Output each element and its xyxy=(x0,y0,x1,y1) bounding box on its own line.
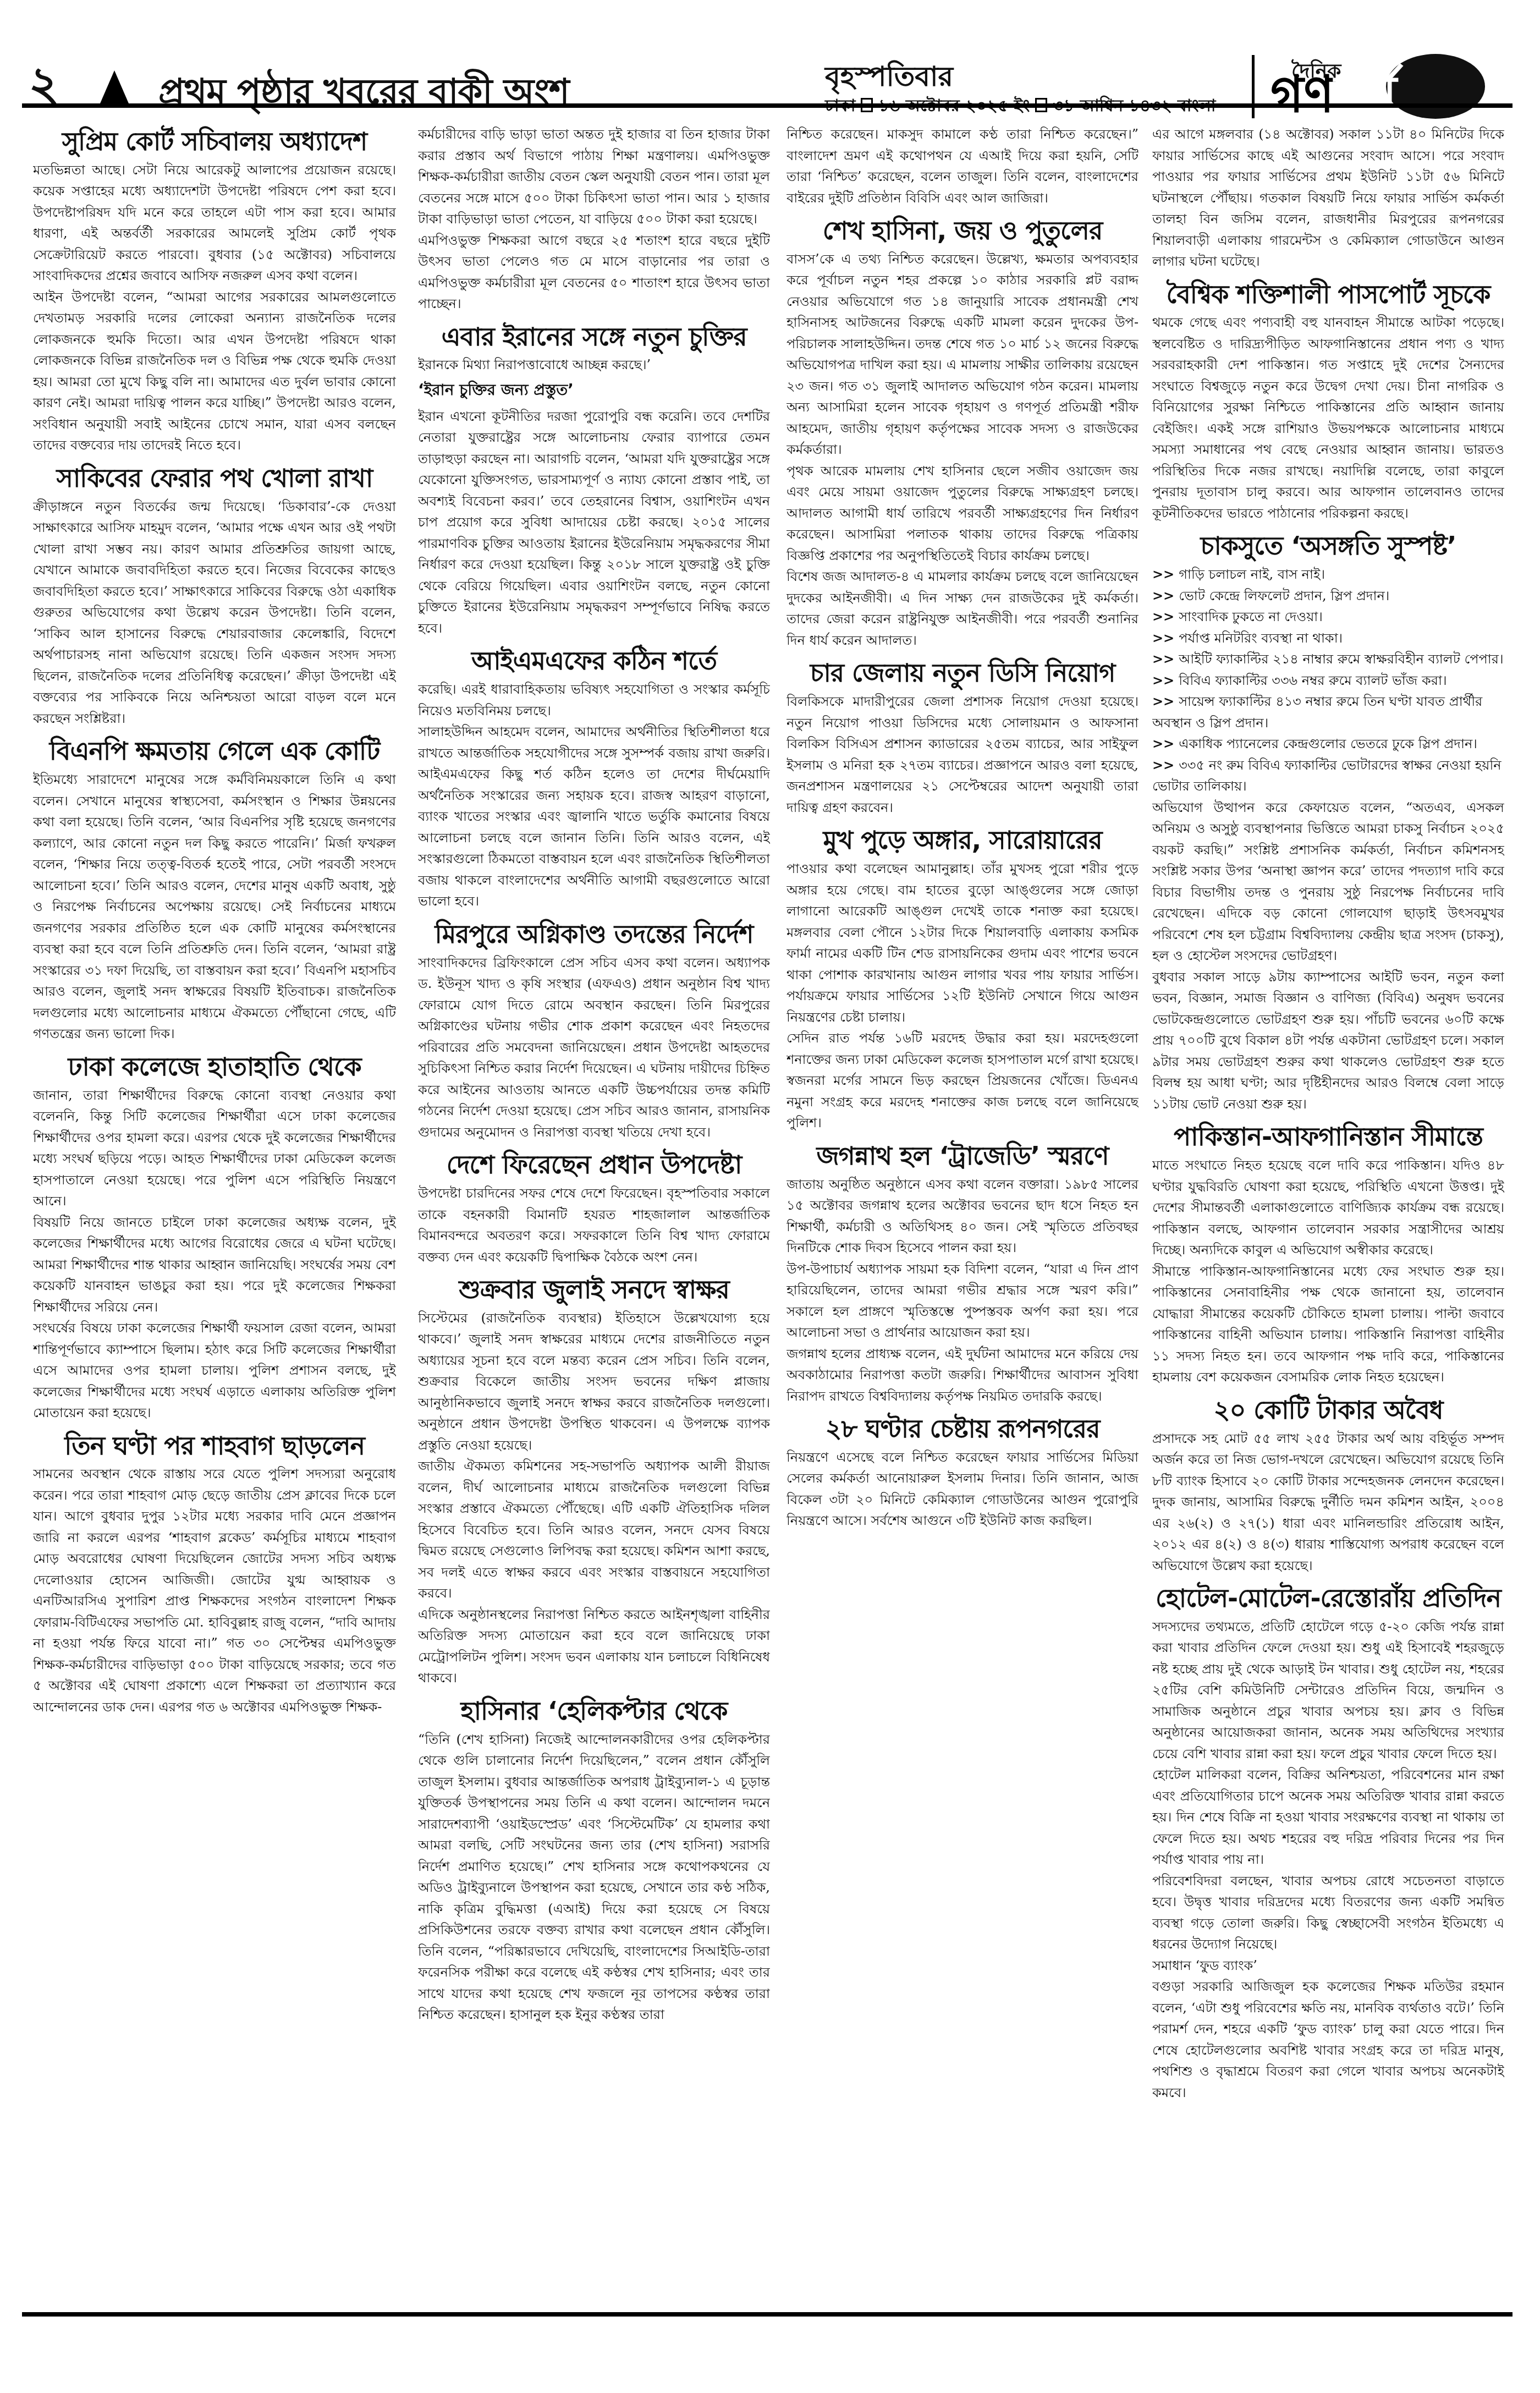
story-body: জানান, তারা শিক্ষার্থীদের বিরুদ্ধে কোনো … xyxy=(33,1085,396,1424)
news-story: শেখ হাসিনা, জয় ও পুতুলেরবাসস’কে এ তথ্য … xyxy=(787,216,1138,651)
news-story: তিন ঘণ্টা পর শাহবাগ ছাড়লেনসামনের অবস্থা… xyxy=(33,1431,396,1718)
logo-main-text: গণসূর্য xyxy=(1270,69,1397,120)
sun-disc-icon xyxy=(1386,54,1485,119)
story-headline: ঢাকা কলেজে হাতাহাতি থেকে xyxy=(33,1052,396,1082)
story-body: সদস্যদের তথ্যমতে, প্রতিটি হোটেলে গড়ে ৫-… xyxy=(1152,1616,1504,2104)
column-2: কর্মচারীদের বাড়ি ভাড়া ভাতা অন্তত দুই হ… xyxy=(418,124,770,2305)
story-body: ইরানকে মিথ্যা নিরাপত্তাবোধে আচ্ছন্ন করছে… xyxy=(418,354,770,639)
paragraph: সংঘর্ষের বিষয়ে ঢাকা কলেজের শিক্ষার্থী ফ… xyxy=(33,1318,396,1424)
news-story: বিএনপি ক্ষমতায় গেলে এক কোটিইতিমধ্যে সার… xyxy=(33,737,396,1044)
news-story: কর্মচারীদের বাড়ি ভাড়া ভাতা অন্তত দুই হ… xyxy=(418,124,770,315)
paragraph: পরিবেশবিদরা বলছেন, খাবার অপচয় রোধে সচেত… xyxy=(1152,1870,1504,1955)
masthead-divider xyxy=(1252,55,1255,118)
paragraph: থমকে গেছে এবং পণ্যবাহী বহু যানবাহন সীমান… xyxy=(1152,312,1504,524)
story-body: বাসস’কে এ তথ্য নিশ্চিত করেছেন। উল্লেখ্য,… xyxy=(787,249,1138,651)
column-4: এর আগে মঙ্গলবার (১৪ অক্টোবর) সকাল ১১টা ৪… xyxy=(1152,124,1504,2305)
story-body: পাওয়ার কথা বলেছেন আমানুল্লাহ। তাঁর মুখস… xyxy=(787,858,1138,1134)
double-chevron-icon: >> xyxy=(1152,588,1174,603)
story-headline: পাকিস্তান-আফগানিস্তান সীমান্তে xyxy=(1152,1122,1504,1151)
story-headline: এবার ইরানের সঙ্গে নতুন চুক্তির xyxy=(418,322,770,352)
news-story: জগন্নাথ হল ‘ট্রাজেডি’ স্মরণেজাতায় অনুষ্… xyxy=(787,1141,1138,1407)
story-body: >>গাড়ি চলাচল নাই, বাস নাই।>>ভোট কেন্দ্র… xyxy=(1152,564,1504,1115)
paragraph: সীমান্তে পাকিস্তান-আফগানিস্তানের মধ্যে ফ… xyxy=(1152,1261,1504,1388)
story-headline: বিএনপি ক্ষমতায় গেলে এক কোটি xyxy=(33,737,396,766)
double-chevron-icon: >> xyxy=(1152,757,1174,773)
paragraph: জানান, তারা শিক্ষার্থীদের বিরুদ্ধে কোনো … xyxy=(33,1085,396,1212)
story-subhead: ‘ইরান চুক্তির জন্য প্রস্তুত’ xyxy=(418,378,770,404)
story-headline: মিরপুরে অগ্নিকাণ্ড তদন্তের নির্দেশ xyxy=(418,920,770,949)
story-body: এর আগে মঙ্গলবার (১৪ অক্টোবর) সকাল ১১টা ৪… xyxy=(1152,124,1504,272)
page-number: ২ xyxy=(29,61,59,108)
paragraph: ইরানকে মিথ্যা নিরাপত্তাবোধে আচ্ছন্ন করছে… xyxy=(418,354,770,376)
double-chevron-icon: >> xyxy=(1152,630,1174,646)
paragraph: এমপিওভুক্ত শিক্ষকরা আগে বছরে ২৫ শতাংশ হা… xyxy=(418,230,770,315)
story-body: সিস্টেমের (রাজনৈতিক ব্যবস্থার) ইতিহাসে উ… xyxy=(418,1308,770,1689)
story-body: কর্মচারীদের বাড়ি ভাড়া ভাতা অন্তত দুই হ… xyxy=(418,124,770,315)
double-chevron-icon: >> xyxy=(1152,651,1174,667)
paragraph: কর্মচারীদের বাড়ি ভাড়া ভাতা অন্তত দুই হ… xyxy=(418,124,770,230)
list-item-text: আইটি ফ্যাকাল্টির ২১৪ নাম্বার রুমে স্বাক্… xyxy=(1179,651,1503,667)
bottom-rule xyxy=(22,2312,1513,2317)
column-1: সুপ্রিম কোর্ট সচিবালয় অধ্যাদেশমতভিন্নতা… xyxy=(33,124,396,2305)
news-story: এর আগে মঙ্গলবার (১৪ অক্টোবর) সকাল ১১টা ৪… xyxy=(1152,124,1504,272)
list-item-text: ভোট কেন্দ্রে লিফলেট প্রদান, স্লিপ প্রদান… xyxy=(1179,588,1389,603)
double-chevron-icon: >> xyxy=(1152,608,1174,624)
story-headline: সুপ্রিম কোর্ট সচিবালয় অধ্যাদেশ xyxy=(33,127,396,156)
paragraph: সদস্যদের তথ্যমতে, প্রতিটি হোটেলে গড়ে ৫-… xyxy=(1152,1616,1504,1765)
list-item: >>৩৩৫ নং রুম বিবিএ ফ্যাকাল্টির ভোটারদের … xyxy=(1152,755,1504,797)
news-story: আইএমএফের কঠিন শর্তেকরেছি। এরই ধারাবাহিকত… xyxy=(418,646,770,912)
paragraph: এর আগে মঙ্গলবার (১৪ অক্টোবর) সকাল ১১টা ৪… xyxy=(1152,124,1504,272)
paragraph: পৃথক আরেক মামলায় শেখ হাসিনার ছেলে সজীব … xyxy=(787,460,1138,567)
list-item: >>সাংবাদিক ঢুকতে না দেওয়া। xyxy=(1152,606,1504,628)
newspaper-logo: দৈনিক গণসূর্য xyxy=(1265,54,1496,120)
paragraph: উপ-উপাচার্য অধ্যাপক সায়মা হক বিদিশা বলে… xyxy=(787,1259,1138,1343)
list-item-text: পর্যাপ্ত মনিটরিং ব্যবস্থা না থাকা। xyxy=(1179,630,1343,646)
paragraph: ক্রীড়াঙ্গনে নতুন বিতর্কের জন্ম দিয়েছে।… xyxy=(33,496,396,729)
story-body: মতভিন্নতা আছে। সেটা নিয়ে আরেকটু আলাপের … xyxy=(33,160,396,456)
list-item-text: সাংবাদিক ঢুকতে না দেওয়া। xyxy=(1179,609,1323,624)
paragraph: বিষয়টি নিয়ে জানতে চাইলে ঢাকা কলেজের অধ… xyxy=(33,1212,396,1318)
paragraph: মাতে সংঘাতে নিহত হয়েছে বলে দাবি করে পাক… xyxy=(1152,1155,1504,1261)
paragraph: হোটেল মালিকরা বলেন, বিক্রির অনিশ্চয়তা, … xyxy=(1152,1764,1504,1870)
story-body: নিশ্চিত করেছেন। মাকসুদ কামালে কণ্ঠ তারা … xyxy=(787,124,1138,208)
list-item: >>আইটি ফ্যাকাল্টির ২১৪ নাম্বার রুমে স্বা… xyxy=(1152,649,1504,670)
paragraph: বাসস’কে এ তথ্য নিশ্চিত করেছেন। উল্লেখ্য,… xyxy=(787,249,1138,460)
story-headline: সাকিবের ফেরার পথ খোলা রাখা xyxy=(33,464,396,493)
story-body: সাংবাদিকদের ব্রিফিংকালে প্রেস সচিব এসব ক… xyxy=(418,952,770,1143)
paragraph: “তিনি (শেখ হাসিনা) নিজেই আন্দোলনকারীদের … xyxy=(418,1729,770,2026)
story-body: করেছি। এরই ধারাবাহিকতায় ভবিষ্যৎ সহযোগিত… xyxy=(418,679,770,912)
news-story: ২০ কোটি টাকার অবৈধপ্রসাদকে সহ মোট ৫৫ লাখ… xyxy=(1152,1396,1504,1576)
paragraph: উপদেষ্টা চারদিনের সফর শেষে দেশে ফিরেছেন।… xyxy=(418,1183,770,1267)
news-story: চাকসুতে ‘অসঙ্গতি সুস্পষ্ট’>>গাড়ি চলাচল … xyxy=(1152,531,1504,1115)
list-item-text: গাড়ি চলাচল নাই, বাস নাই। xyxy=(1179,567,1325,582)
story-headline: জগন্নাথ হল ‘ট্রাজেডি’ স্মরণে xyxy=(787,1141,1138,1171)
bullet-list: >>গাড়ি চলাচল নাই, বাস নাই।>>ভোট কেন্দ্র… xyxy=(1152,564,1504,797)
double-chevron-icon: >> xyxy=(1152,736,1174,751)
story-headline: বৈশ্বিক শক্তিশালী পাসপোর্ট সূচকে xyxy=(1152,280,1504,309)
column-3: নিশ্চিত করেছেন। মাকসুদ কামালে কণ্ঠ তারা … xyxy=(787,124,1138,2305)
section-title: প্রথম পৃষ্ঠার খবরের বাকী অংশ xyxy=(158,65,569,124)
paragraph: সিস্টেমের (রাজনৈতিক ব্যবস্থার) ইতিহাসে উ… xyxy=(418,1308,770,1456)
story-headline: শুক্রবার জুলাই সনদে স্বাক্ষর xyxy=(418,1275,770,1304)
paragraph: সেদিন রাত পর্যন্ত ১৬টি মরদেহ উদ্ধার করা … xyxy=(787,1028,1138,1134)
story-headline: হোটেল-মোটেল-রেস্তোরাঁয় প্রতিদিন xyxy=(1152,1584,1504,1613)
news-story: পাকিস্তান-আফগানিস্তান সীমান্তেমাতে সংঘাত… xyxy=(1152,1122,1504,1387)
list-item-text: ৩৩৫ নং রুম বিবিএ ফ্যাকাল্টির ভোটারদের স্… xyxy=(1152,758,1502,794)
news-story: দেশে ফিরেছেন প্রধান উপদেষ্টাউপদেষ্টা চার… xyxy=(418,1150,770,1267)
list-item: >>সায়েন্স ফ্যাকাল্টির ৪১৩ নম্বার রুমে ত… xyxy=(1152,691,1504,733)
paragraph: সামনের অবস্থান থেকে রাস্তায় সরে যেতে পু… xyxy=(33,1463,396,1717)
story-body: বিলকিসকে মাদারীপুরের জেলা প্রশাসক নিয়োগ… xyxy=(787,691,1138,818)
news-story: বৈশ্বিক শক্তিশালী পাসপোর্ট সূচকেথমকে গেছ… xyxy=(1152,280,1504,524)
news-story: হাসিনার ‘হেলিকপ্টার থেকে“তিনি (শেখ হাসিন… xyxy=(418,1697,770,2026)
story-body: ক্রীড়াঙ্গনে নতুন বিতর্কের জন্ম দিয়েছে।… xyxy=(33,496,396,729)
news-story: মুখ পুড়ে অঙ্গার, সারোয়ারেরপাওয়ার কথা … xyxy=(787,826,1138,1133)
list-item: >>বিবিএ ফ্যাকাল্টির ৩৩৬ নম্বর রুমে ব্যাল… xyxy=(1152,670,1504,691)
list-item-text: বিবিএ ফ্যাকাল্টির ৩৩৬ নম্বর রুমে ব্যালট … xyxy=(1179,673,1447,688)
story-headline: দেশে ফিরেছেন প্রধান উপদেষ্টা xyxy=(418,1150,770,1179)
story-headline: শেখ হাসিনা, জয় ও পুতুলের xyxy=(787,216,1138,245)
news-story: মিরপুরে অগ্নিকাণ্ড তদন্তের নির্দেশসাংবাদ… xyxy=(418,920,770,1143)
paragraph: সাংবাদিকদের ব্রিফিংকালে প্রেস সচিব এসব ক… xyxy=(418,952,770,1143)
story-headline: তিন ঘণ্টা পর শাহবাগ ছাড়লেন xyxy=(33,1431,396,1461)
paragraph: জাতীয় ঐকমত্য কমিশনের সহ-সভাপতি অধ্যাপক … xyxy=(418,1456,770,1604)
story-body: উপদেষ্টা চারদিনের সফর শেষে দেশে ফিরেছেন।… xyxy=(418,1183,770,1267)
list-item-text: সায়েন্স ফ্যাকাল্টির ৪১৩ নম্বার রুমে তিন… xyxy=(1152,694,1482,731)
list-item: >>গাড়ি চলাচল নাই, বাস নাই। xyxy=(1152,564,1504,585)
news-story: ঢাকা কলেজে হাতাহাতি থেকেজানান, তারা শিক্… xyxy=(33,1052,396,1424)
paragraph: বিশেষ জজ আদালত-৪ এ মামলার কার্যক্রম চলছে… xyxy=(787,566,1138,651)
news-story: ২৮ ঘণ্টার চেষ্টায় রূপনগরেরনিয়ন্ত্রণে এ… xyxy=(787,1414,1138,1532)
story-headline: হাসিনার ‘হেলিকপ্টার থেকে xyxy=(418,1697,770,1726)
news-story: সুপ্রিম কোর্ট সচিবালয় অধ্যাদেশমতভিন্নতা… xyxy=(33,127,396,456)
paragraph: বগুড়া সরকারি আজিজুল হক কলেজের শিক্ষক মত… xyxy=(1152,1976,1504,2103)
story-headline: চার জেলায় নতুন ডিসি নিয়োগ xyxy=(787,658,1138,688)
news-story: হোটেল-মোটেল-রেস্তোরাঁয় প্রতিদিনসদস্যদের… xyxy=(1152,1584,1504,2103)
paragraph: বুধবার সকাল সাড়ে ৯টায় ক্যাম্পাসের আইটি… xyxy=(1152,967,1504,1115)
story-headline: চাকসুতে ‘অসঙ্গতি সুস্পষ্ট’ xyxy=(1152,531,1504,561)
top-rule xyxy=(22,103,1513,108)
story-body: “তিনি (শেখ হাসিনা) নিজেই আন্দোলনকারীদের … xyxy=(418,1729,770,2026)
story-body: নিয়ন্ত্রণে এসেছে বলে নিশ্চিত করেছেন ফায… xyxy=(787,1447,1138,1532)
story-body: মাতে সংঘাতে নিহত হয়েছে বলে দাবি করে পাক… xyxy=(1152,1155,1504,1388)
story-headline: মুখ পুড়ে অঙ্গার, সারোয়ারের xyxy=(787,826,1138,855)
double-chevron-icon: >> xyxy=(1152,566,1174,582)
list-item: >>পর্যাপ্ত মনিটরিং ব্যবস্থা না থাকা। xyxy=(1152,628,1504,649)
paragraph: নিশ্চিত করেছেন। মাকসুদ কামালে কণ্ঠ তারা … xyxy=(787,124,1138,208)
story-body: প্রসাদকে সহ মোট ৫৫ লাখ ২৫৫ টাকার অর্থ আয… xyxy=(1152,1428,1504,1577)
paragraph: করেছি। এরই ধারাবাহিকতায় ভবিষ্যৎ সহযোগিত… xyxy=(418,679,770,721)
story-body: জাতায় অনুষ্ঠিত অনুষ্ঠানে এসব কথা বলেন ব… xyxy=(787,1174,1138,1407)
story-headline: ২৮ ঘণ্টার চেষ্টায় রূপনগরের xyxy=(787,1414,1138,1444)
story-body: সামনের অবস্থান থেকে রাস্তায় সরে যেতে পু… xyxy=(33,1463,396,1717)
story-headline: আইএমএফের কঠিন শর্তে xyxy=(418,646,770,676)
paragraph: আইন উপদেষ্টা বলেন, “আমরা আগের সরকারের আম… xyxy=(33,287,396,456)
paragraph: এদিকে অনুষ্ঠানস্থলের নিরাপত্তা নিশ্চিত ক… xyxy=(418,1604,770,1689)
story-body: থমকে গেছে এবং পণ্যবাহী বহু যানবাহন সীমান… xyxy=(1152,312,1504,524)
story-headline: ২০ কোটি টাকার অবৈধ xyxy=(1152,1396,1504,1425)
list-item: >>ভোট কেন্দ্রে লিফলেট প্রদান, স্লিপ প্রদ… xyxy=(1152,585,1504,607)
paragraph: জাতায় অনুষ্ঠিত অনুষ্ঠানে এসব কথা বলেন ব… xyxy=(787,1174,1138,1259)
news-story: সাকিবের ফেরার পথ খোলা রাখাক্রীড়াঙ্গনে ন… xyxy=(33,464,396,729)
double-chevron-icon: >> xyxy=(1152,672,1174,688)
news-story: শুক্রবার জুলাই সনদে স্বাক্ষরসিস্টেমের (র… xyxy=(418,1275,770,1689)
double-chevron-icon: >> xyxy=(1152,693,1174,709)
paragraph: সালাহউদ্দিন আহমেদ বলেন, আমাদের অর্থনীতির… xyxy=(418,721,770,912)
paragraph: নিয়ন্ত্রণে এসেছে বলে নিশ্চিত করেছেন ফায… xyxy=(787,1447,1138,1532)
list-item-text: একাধিক প্যানেলের কেন্দ্রগুলোর ভেতরে ঢুকে… xyxy=(1179,736,1477,751)
paragraph: অভিযোগ উত্থাপন করে কেফায়েত বলেন, “অতএব,… xyxy=(1152,797,1504,967)
news-story: চার জেলায় নতুন ডিসি নিয়োগবিলকিসকে মাদা… xyxy=(787,658,1138,818)
news-story: এবার ইরানের সঙ্গে নতুন চুক্তিরইরানকে মিথ… xyxy=(418,322,770,639)
paragraph: প্রসাদকে সহ মোট ৫৫ লাখ ২৫৫ টাকার অর্থ আয… xyxy=(1152,1428,1504,1577)
news-story: নিশ্চিত করেছেন। মাকসুদ কামালে কণ্ঠ তারা … xyxy=(787,124,1138,208)
paragraph: ইরান এখনো কূটনীতির দরজা পুরোপুরি বন্ধ কর… xyxy=(418,406,770,639)
paragraph: ইতিমধ্যে সারাদেশে মানুষের সঙ্গে কর্মবিনি… xyxy=(33,769,396,1045)
paragraph: সমাধান ‘ফুড ব্যাংক’ xyxy=(1152,1955,1504,1977)
story-body: ইতিমধ্যে সারাদেশে মানুষের সঙ্গে কর্মবিনি… xyxy=(33,769,396,1045)
paragraph: পাওয়ার কথা বলেছেন আমানুল্লাহ। তাঁর মুখস… xyxy=(787,858,1138,1028)
paragraph: বিলকিসকে মাদারীপুরের জেলা প্রশাসক নিয়োগ… xyxy=(787,691,1138,818)
list-item: >>একাধিক প্যানেলের কেন্দ্রগুলোর ভেতরে ঢু… xyxy=(1152,733,1504,755)
triangle-marker-icon xyxy=(100,70,129,103)
paragraph: মতভিন্নতা আছে। সেটা নিয়ে আরেকটু আলাপের … xyxy=(33,160,396,287)
paragraph: জগন্নাথ হলের প্রাধ্যক্ষ বলেন, এই দুর্ঘটন… xyxy=(787,1343,1138,1407)
